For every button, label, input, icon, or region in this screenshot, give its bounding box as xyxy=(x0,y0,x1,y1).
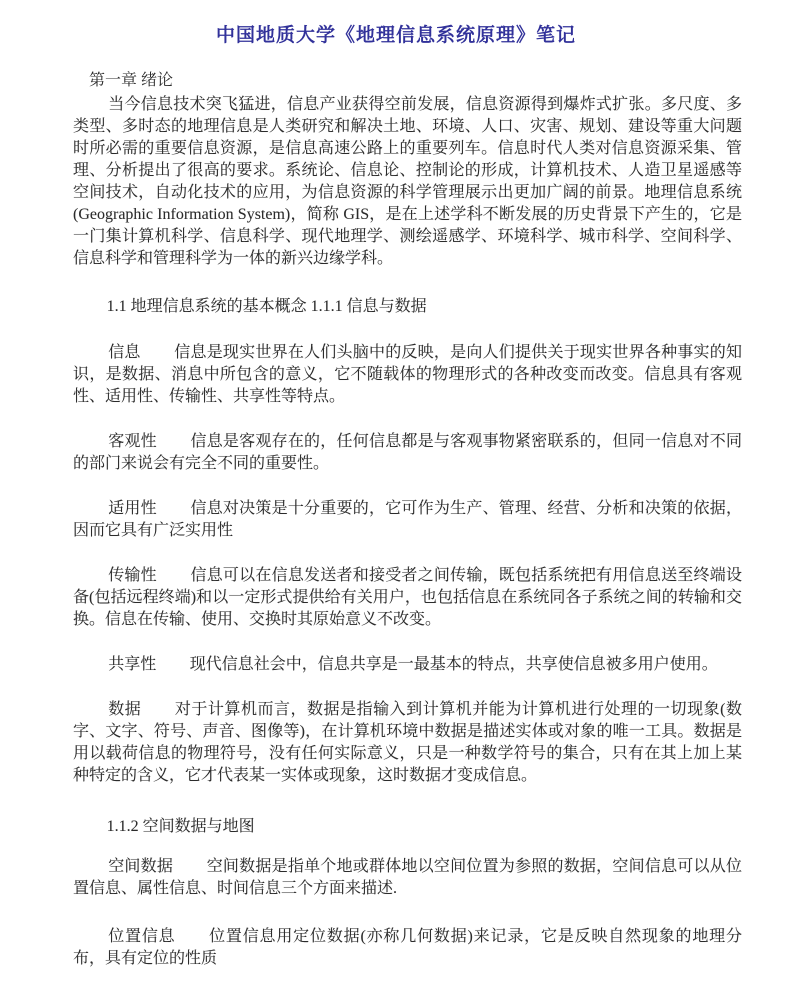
document-page: 中国地质大学《地理信息系统原理》笔记 第一章 绪论 当今信息技术突飞猛进，信息产… xyxy=(0,0,792,984)
definition-term: 适用性 xyxy=(108,500,157,517)
definition-text: 对于计算机而言，数据是指输入到计算机并能为计算机进行处理的一切现象(数字、文字、… xyxy=(73,701,742,784)
intro-paragraph: 当今信息技术突飞猛进，信息产业获得空前发展，信息资源得到爆炸式扩张。多尺度、多类… xyxy=(73,94,742,270)
definition-paragraph-data: 数据对于计算机而言，数据是指输入到计算机并能为计算机进行处理的一切现象(数字、文… xyxy=(73,699,742,787)
definition-paragraph-objectivity: 客观性信息是客观存在的，任何信息都是与客观事物紧密联系的，但同一信息对不同的部门… xyxy=(73,431,742,475)
definition-paragraph-info: 信息信息是现实世界在人们头脑中的反映，是向人们提供关于现实世界各种事实的知识，是… xyxy=(73,342,742,408)
definition-paragraph-transmissibility: 传输性信息可以在信息发送者和接受者之间传输，既包括系统把有用信息送至终端设备(包… xyxy=(73,565,742,631)
definition-term: 位置信息 xyxy=(108,928,175,945)
definition-term: 信息 xyxy=(108,344,140,361)
definition-term: 共享性 xyxy=(108,656,156,673)
definition-paragraph-applicability: 适用性信息对决策是十分重要的，它可作为生产、管理、经营、分析和决策的依据，因而它… xyxy=(73,498,742,542)
definition-text: 现代信息社会中，信息共享是一最基本的特点，共享使信息被多用户使用。 xyxy=(190,656,718,673)
definition-term: 空间数据 xyxy=(108,858,173,875)
definition-text: 信息是现实世界在人们头脑中的反映，是向人们提供关于现实世界各种事实的知识，是数据… xyxy=(73,344,742,405)
definition-paragraph-shareability: 共享性现代信息社会中，信息共享是一最基本的特点，共享使信息被多用户使用。 xyxy=(73,654,742,676)
definition-term: 传输性 xyxy=(108,567,157,584)
definition-term: 客观性 xyxy=(108,433,157,450)
definition-text: 信息可以在信息发送者和接受者之间传输，既包括系统把有用信息送至终端设备(包括远程… xyxy=(73,567,742,628)
definition-text: 信息对决策是十分重要的，它可作为生产、管理、经营、分析和决策的依据，因而它具有广… xyxy=(73,500,742,539)
section-heading-1-1: 1.1 地理信息系统的基本概念 1.1.1 信息与数据 xyxy=(73,296,742,318)
definition-term: 数据 xyxy=(108,701,141,718)
section-heading-1-1-2: 1.1.2 空间数据与地图 xyxy=(73,816,742,838)
document-title: 中国地质大学《地理信息系统原理》笔记 xyxy=(50,20,742,47)
chapter-heading: 第一章 绪论 xyxy=(73,67,742,90)
definition-text: 空间数据是指单个地或群体地以空间位置为参照的数据，空间信息可以从位置信息、属性信… xyxy=(73,858,742,897)
definition-paragraph-spatial-data: 空间数据空间数据是指单个地或群体地以空间位置为参照的数据，空间信息可以从位置信息… xyxy=(73,856,742,900)
definition-text: 信息是客观存在的，任何信息都是与客观事物紧密联系的，但同一信息对不同的部门来说会… xyxy=(73,433,742,472)
definition-paragraph-location-info: 位置信息位置信息用定位数据(亦称几何数据)来记录，它是反映自然现象的地理分布，具… xyxy=(73,926,742,970)
